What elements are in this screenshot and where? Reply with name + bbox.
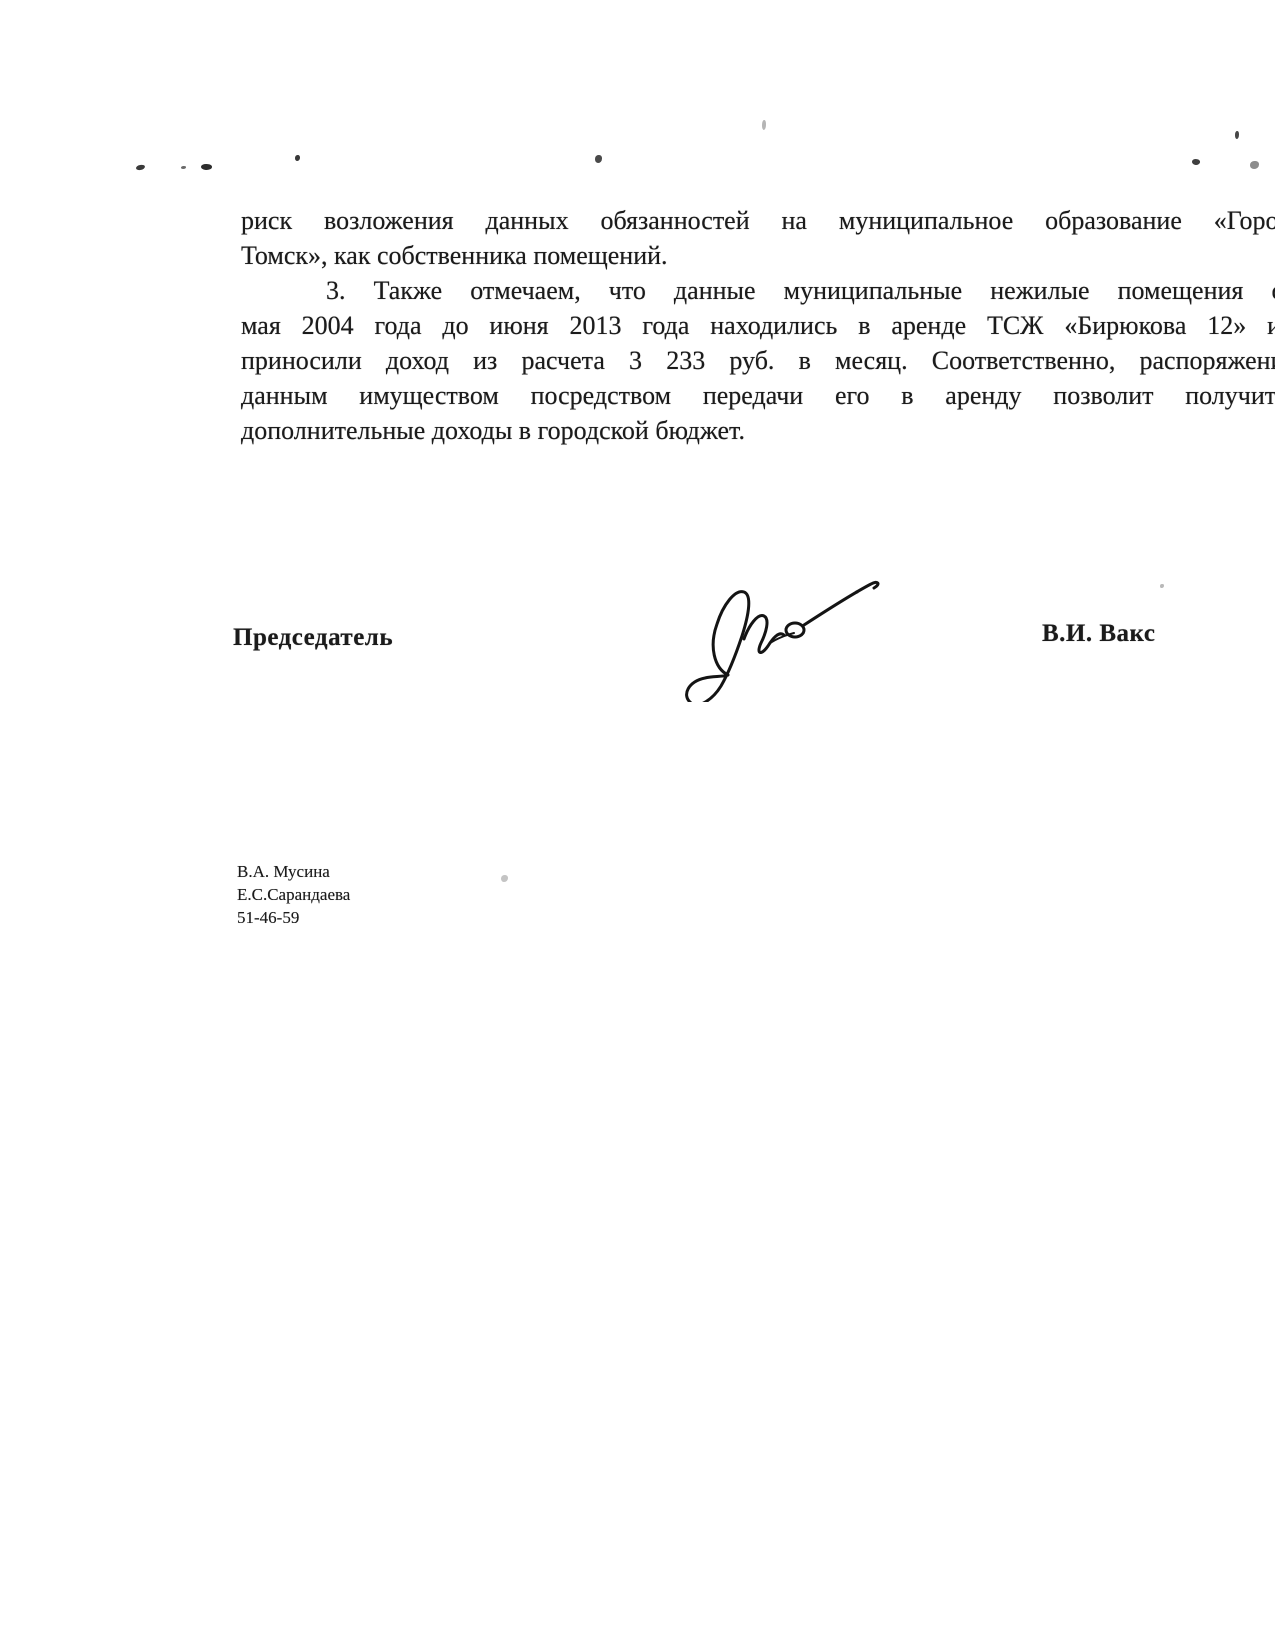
body-line: 3. Также отмечаем, что данные муниципаль…	[241, 273, 1275, 308]
body-line: дополнительные доходы в городской бюджет…	[241, 413, 1275, 448]
scan-speck	[1250, 161, 1259, 169]
scan-speck	[595, 155, 602, 163]
scan-speck	[295, 155, 300, 161]
scan-speck	[1160, 584, 1164, 588]
body-line: риск возложения данных обязанностей на м…	[241, 203, 1275, 238]
scanned-letter-page: риск возложения данных обязанностей на м…	[0, 0, 1275, 1650]
body-line: мая 2004 года до июня 2013 года находили…	[241, 308, 1275, 343]
scan-speck	[1191, 158, 1200, 166]
scan-speck	[201, 164, 212, 171]
scan-speck	[181, 166, 186, 169]
executor-name: В.А. Мусина	[237, 860, 350, 883]
body-line: приносили доход из расчета 3 233 руб. в …	[241, 343, 1275, 378]
body-line: Томск», как собственника помещений.	[241, 238, 1275, 273]
signatory-name: В.И. Вакс	[1042, 620, 1155, 648]
letter-body: риск возложения данных обязанностей на м…	[241, 203, 1275, 448]
scan-speck	[1235, 131, 1239, 139]
scan-speck	[136, 164, 146, 170]
contact-phone: 51-46-59	[237, 906, 350, 929]
scan-speck	[501, 875, 508, 882]
scan-speck	[762, 120, 766, 130]
executor-name: Е.С.Сарандаева	[237, 883, 350, 906]
body-line: данным имуществом посредством передачи е…	[241, 378, 1275, 413]
signatory-title: Председатель	[233, 624, 393, 652]
handwritten-signature-icon	[648, 542, 898, 702]
footer-contact-block: В.А. Мусина Е.С.Сарандаева 51-46-59	[237, 860, 350, 929]
